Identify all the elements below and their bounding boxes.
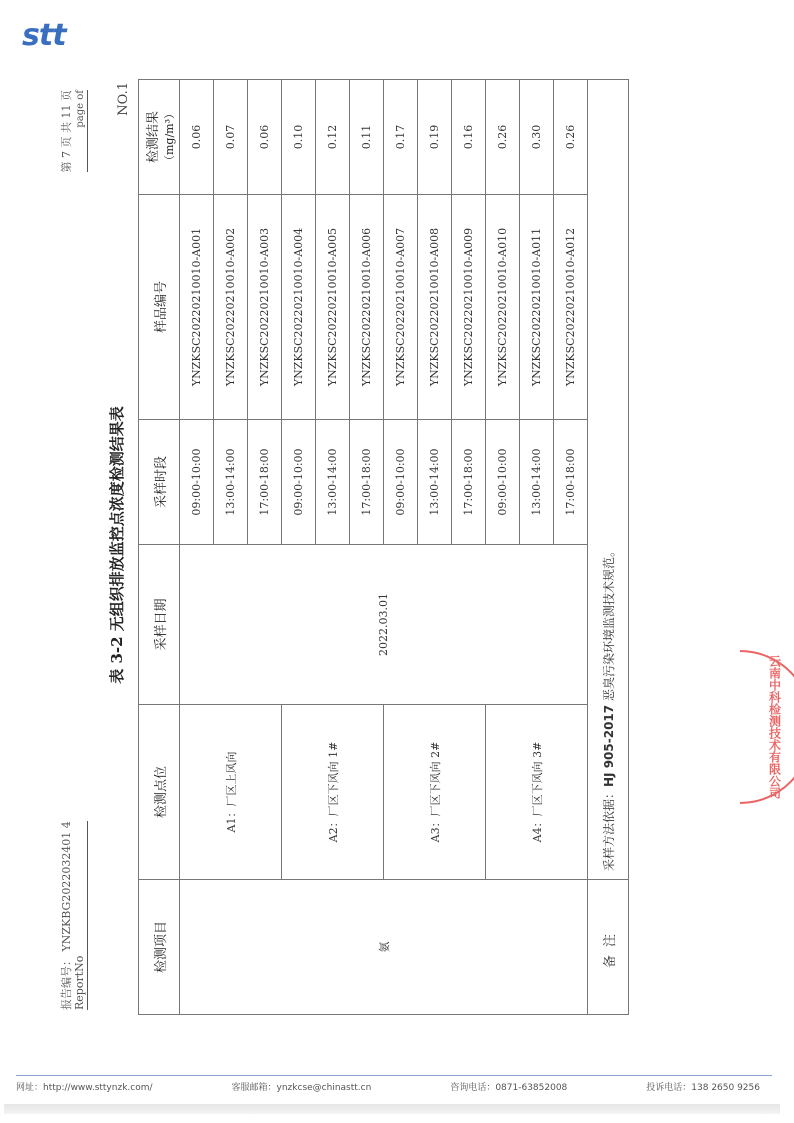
header-sample: 样品编号 (139, 195, 180, 420)
footer-email[interactable]: 客服邮箱：ynzkcse@chinastt.cn (232, 1080, 372, 1093)
cell-time: 17:00-18:00 (554, 420, 588, 545)
cell-time: 17:00-18:00 (248, 420, 282, 545)
page-info-cn: 第 7 页 共 11 页 (60, 90, 73, 172)
cell-sample: YNZKSC20220210010-A007 (384, 195, 418, 420)
cell-item: 氨 (180, 880, 588, 1015)
report-no-en: ReportNo (73, 956, 86, 1010)
report-no-label: 报告编号： (60, 955, 73, 1010)
header-time: 采样时段 (139, 420, 180, 545)
remark-standard: HJ 905-2017 (602, 705, 616, 787)
cell-result: 0.06 (180, 80, 214, 195)
cell-sample: YNZKSC20220210010-A001 (180, 195, 214, 420)
cell-sample: YNZKSC20220210010-A006 (350, 195, 384, 420)
report-no-value: YNZKBG2022032401 4 (60, 821, 73, 951)
cell-result: 0.17 (384, 80, 418, 195)
cell-time: 09:00-10:00 (384, 420, 418, 545)
cell-result: 0.16 (452, 80, 486, 195)
footer-consult-phone: 咨询电话：0871-63852008 (450, 1080, 567, 1093)
cell-result: 0.06 (248, 80, 282, 195)
footer-band (4, 1104, 780, 1114)
cell-time: 17:00-18:00 (452, 420, 486, 545)
report-number: 报告编号： YNZKBG2022032401 4 ReportNo (60, 821, 88, 1010)
table-header-row: 检测项目 检测点位 采样日期 采样时段 样品编号 检测结果 （mg/m³） (139, 80, 180, 1015)
footer-divider (16, 1075, 772, 1076)
table-title: 表 3-2 无组织排放监控点浓度检测结果表 (106, 70, 127, 1020)
header-result: 检测结果 （mg/m³） (139, 80, 180, 195)
cell-sample: YNZKSC20220210010-A009 (452, 195, 486, 420)
cell-date: 2022.03.01 (180, 545, 588, 705)
table-body: 氨A1：厂区上风向2022.03.0109:00-10:00YNZKSC2022… (180, 80, 588, 1015)
cell-time: 13:00-14:00 (520, 420, 554, 545)
page-info-en: page of (75, 90, 86, 128)
cell-sample: YNZKSC20220210010-A004 (282, 195, 316, 420)
cell-point: A2：厂区下风向 1# (282, 705, 384, 880)
cell-time: 13:00-14:00 (214, 420, 248, 545)
cell-result: 0.10 (282, 80, 316, 195)
header-point: 检测点位 (139, 705, 180, 880)
page-footer: 网址：http://www.sttynzk.com/ 客服邮箱：ynzkcse@… (16, 1080, 760, 1093)
cell-time: 09:00-10:00 (180, 420, 214, 545)
cell-result: 0.26 (554, 80, 588, 195)
cell-sample: YNZKSC20220210010-A011 (520, 195, 554, 420)
cell-time: 13:00-14:00 (316, 420, 350, 545)
cell-result: 0.07 (214, 80, 248, 195)
remark-label: 备注 (588, 880, 629, 1015)
results-table: 检测项目 检测点位 采样日期 采样时段 样品编号 检测结果 （mg/m³） 氨A… (138, 79, 629, 1015)
company-logo: stt (22, 18, 66, 53)
cell-sample: YNZKSC20220210010-A010 (486, 195, 520, 420)
cell-sample: YNZKSC20220210010-A005 (316, 195, 350, 420)
cell-time: 09:00-10:00 (282, 420, 316, 545)
footer-website[interactable]: 网址：http://www.sttynzk.com/ (16, 1080, 153, 1093)
cell-result: 0.30 (520, 80, 554, 195)
rotated-report-sheet: 报告编号： YNZKBG2022032401 4 ReportNo 第 7 页 … (50, 70, 650, 1020)
remark-text: 采样方法依据：HJ 905-2017 恶臭污染环境监测技术规范。 (588, 80, 629, 880)
company-seal: 云南中科检测技术有限公司 (740, 650, 794, 804)
cell-sample: YNZKSC20220210010-A002 (214, 195, 248, 420)
header-result-unit: （mg/m³） (163, 108, 176, 166)
cell-point: A3：厂区下风向 2# (384, 705, 486, 880)
remark-prefix: 采样方法依据： (602, 787, 616, 871)
cell-sample: YNZKSC20220210010-A012 (554, 195, 588, 420)
header-item: 检测项目 (139, 880, 180, 1015)
cell-time: 09:00-10:00 (486, 420, 520, 545)
cell-result: 0.26 (486, 80, 520, 195)
cell-time: 17:00-18:00 (350, 420, 384, 545)
cell-sample: YNZKSC20220210010-A008 (418, 195, 452, 420)
cell-sample: YNZKSC20220210010-A003 (248, 195, 282, 420)
cell-point: A1：厂区上风向 (180, 705, 282, 880)
cell-result: 0.19 (418, 80, 452, 195)
cell-time: 13:00-14:00 (418, 420, 452, 545)
header-date: 采样日期 (139, 545, 180, 705)
page-info: 第 7 页 共 11 页 page of (60, 90, 88, 172)
remark-body: 恶臭污染环境监测技术规范。 (602, 545, 616, 705)
cell-point: A4：厂区下风向 3# (486, 705, 588, 880)
table-row: 氨A1：厂区上风向2022.03.0109:00-10:00YNZKSC2022… (180, 80, 214, 1015)
cell-result: 0.12 (316, 80, 350, 195)
remark-row: 备注 采样方法依据：HJ 905-2017 恶臭污染环境监测技术规范。 (588, 80, 629, 1015)
header-result-label: 检测结果 (146, 111, 161, 163)
cell-result: 0.11 (350, 80, 384, 195)
footer-complaint-phone: 投诉电话：138 2650 9256 (646, 1080, 760, 1093)
